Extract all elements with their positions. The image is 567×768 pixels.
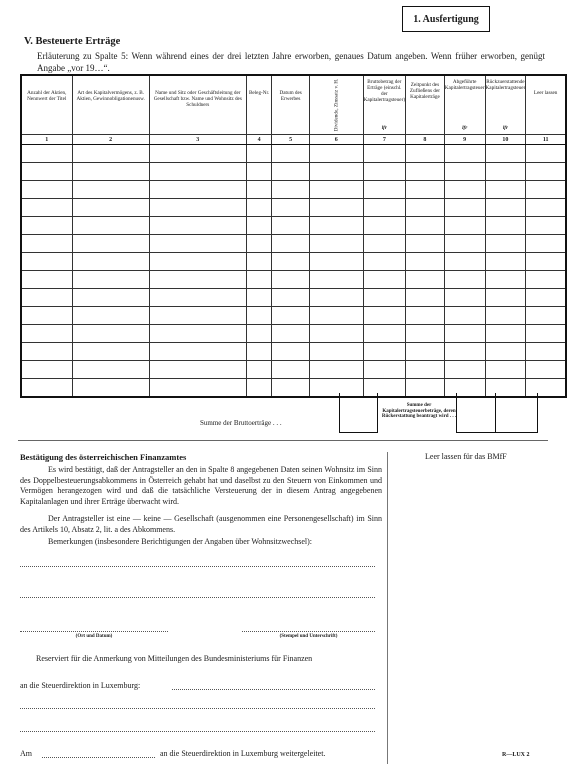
table-cell[interactable] — [309, 325, 363, 343]
sum-gross-field[interactable] — [339, 393, 378, 433]
col-header-3: Name und Sitz oder Geschäftsleitung der … — [149, 75, 246, 135]
table-cell[interactable] — [21, 199, 72, 217]
table-cell[interactable] — [363, 289, 405, 307]
income-table: Anzahl der Aktien, Nennwert der Titel Ar… — [20, 74, 567, 398]
table-row — [21, 307, 566, 325]
table-cell[interactable] — [444, 343, 485, 361]
table-cell[interactable] — [72, 199, 149, 217]
table-cell[interactable] — [72, 379, 149, 398]
table-cell[interactable] — [526, 235, 566, 253]
table-cell[interactable] — [246, 235, 272, 253]
sum-gross-label: Summe der Bruttoerträge . . . — [200, 419, 282, 427]
table-cell[interactable] — [272, 325, 309, 343]
table-cell[interactable] — [309, 289, 363, 307]
sum-tax-field[interactable] — [456, 393, 496, 433]
table-cell[interactable] — [406, 217, 445, 235]
table-cell[interactable] — [526, 253, 566, 271]
table-cell[interactable] — [526, 325, 566, 343]
col-header-2: Art des Kapitalvermögens, z. B. Aktien, … — [72, 75, 149, 135]
table-cell[interactable] — [363, 271, 405, 289]
table-cell[interactable] — [363, 145, 405, 163]
table-cell[interactable] — [444, 217, 485, 235]
table-row — [21, 163, 566, 181]
table-cell[interactable] — [526, 199, 566, 217]
table-cell[interactable] — [72, 181, 149, 199]
stamp-signature-label: (Stempel und Unterschrift) — [242, 634, 375, 639]
table-cell[interactable] — [246, 307, 272, 325]
col-header-6: Dividende, Zinssatz v. H. — [309, 75, 363, 135]
table-cell[interactable] — [21, 307, 72, 325]
table-cell[interactable] — [21, 325, 72, 343]
confirmation-paragraph-1: Es wird bestätigt, daß der Antragsteller… — [20, 465, 382, 507]
table-cell[interactable] — [246, 379, 272, 398]
remarks-label: Bemerkungen (insbesondere Berichtigungen… — [20, 537, 382, 548]
table-cell[interactable] — [485, 199, 526, 217]
table-cell[interactable] — [406, 343, 445, 361]
table-cell[interactable] — [21, 253, 72, 271]
table-cell[interactable] — [526, 307, 566, 325]
table-cell[interactable] — [21, 271, 72, 289]
forwarded-date-line[interactable] — [42, 757, 155, 758]
table-cell[interactable] — [406, 199, 445, 217]
table-cell[interactable] — [272, 307, 309, 325]
table-cell[interactable] — [72, 253, 149, 271]
table-cell[interactable] — [406, 253, 445, 271]
table-cell[interactable] — [485, 163, 526, 181]
table-cell[interactable] — [246, 271, 272, 289]
table-cell[interactable] — [272, 343, 309, 361]
form-code: R—LUX 2 — [502, 752, 530, 758]
table-cell[interactable] — [272, 289, 309, 307]
table-cell[interactable] — [72, 217, 149, 235]
copy-label: 1. Ausfertigung — [413, 14, 479, 25]
table-cell[interactable] — [526, 361, 566, 379]
table-cell[interactable] — [526, 217, 566, 235]
table-cell[interactable] — [72, 145, 149, 163]
table-cell[interactable] — [21, 217, 72, 235]
note-line-2[interactable] — [20, 731, 375, 732]
table-cell[interactable] — [406, 235, 445, 253]
table-cell[interactable] — [272, 181, 309, 199]
forwarded-suffix: an die Steuerdirektion in Luxemburg weit… — [160, 749, 325, 758]
table-cell[interactable] — [406, 271, 445, 289]
table-cell[interactable] — [485, 253, 526, 271]
divider — [18, 440, 548, 441]
table-cell[interactable] — [444, 235, 485, 253]
table-cell[interactable] — [272, 217, 309, 235]
section-title: V. Besteuerte Erträge — [24, 36, 120, 47]
table-cell[interactable] — [246, 289, 272, 307]
table-cell[interactable] — [72, 235, 149, 253]
reserved-label: Reserviert für die Anmerkung von Mitteil… — [36, 654, 312, 663]
bmf-label: Leer lassen für das BMfF — [425, 452, 507, 461]
table-cell[interactable] — [149, 163, 246, 181]
table-cell[interactable] — [21, 289, 72, 307]
table-cell[interactable] — [309, 307, 363, 325]
note-line-1[interactable] — [20, 708, 375, 709]
col-header-1: Anzahl der Aktien, Nennwert der Titel — [21, 75, 72, 135]
table-row — [21, 271, 566, 289]
table-header-row: Anzahl der Aktien, Nennwert der Titel Ar… — [21, 75, 566, 135]
sum-tax-label: Summe der Kapitalertragsteuerbeträge, de… — [381, 403, 457, 420]
table-row — [21, 253, 566, 271]
remarks-line-2[interactable] — [20, 597, 375, 598]
table-cell[interactable] — [272, 163, 309, 181]
table-cell[interactable] — [406, 379, 445, 398]
table-cell[interactable] — [149, 379, 246, 398]
forwarded-prefix: Am — [20, 749, 32, 758]
sum-empty-field[interactable] — [495, 393, 538, 433]
table-cell[interactable] — [21, 235, 72, 253]
table-cell[interactable] — [363, 199, 405, 217]
table-cell[interactable] — [444, 199, 485, 217]
column-number-row: 12 34 56 78 910 11 — [21, 135, 566, 145]
col-header-11: Leer lassen — [526, 75, 566, 135]
table-cell[interactable] — [246, 343, 272, 361]
table-cell[interactable] — [272, 199, 309, 217]
stamp-signature-line[interactable] — [242, 631, 375, 632]
table-cell[interactable] — [444, 361, 485, 379]
table-row — [21, 181, 566, 199]
table-cell[interactable] — [149, 343, 246, 361]
table-cell[interactable] — [444, 163, 485, 181]
table-cell[interactable] — [149, 307, 246, 325]
table-cell[interactable] — [485, 361, 526, 379]
remarks-line-1[interactable] — [20, 566, 375, 567]
table-cell[interactable] — [485, 325, 526, 343]
table-cell[interactable] — [363, 235, 405, 253]
table-cell[interactable] — [309, 253, 363, 271]
table-cell[interactable] — [363, 181, 405, 199]
table-cell[interactable] — [363, 253, 405, 271]
table-cell[interactable] — [444, 325, 485, 343]
table-cell[interactable] — [246, 361, 272, 379]
table-row — [21, 199, 566, 217]
table-cell[interactable] — [72, 361, 149, 379]
table-cell[interactable] — [485, 289, 526, 307]
table-cell[interactable] — [444, 145, 485, 163]
table-cell[interactable] — [485, 271, 526, 289]
table-cell[interactable] — [72, 343, 149, 361]
table-cell[interactable] — [309, 199, 363, 217]
table-cell[interactable] — [363, 307, 405, 325]
col-header-10: Rückzuerstattende Kapitalertragsteuerlfr — [485, 75, 526, 135]
tax-office-label: an die Steuerdirektion in Luxemburg: — [20, 681, 140, 690]
table-cell[interactable] — [246, 145, 272, 163]
table-cell[interactable] — [485, 307, 526, 325]
table-cell[interactable] — [526, 271, 566, 289]
table-cell[interactable] — [149, 271, 246, 289]
table-cell[interactable] — [406, 163, 445, 181]
table-cell[interactable] — [526, 289, 566, 307]
table-cell[interactable] — [21, 379, 72, 398]
place-date-line[interactable] — [20, 631, 168, 632]
table-cell[interactable] — [149, 361, 246, 379]
table-cell[interactable] — [21, 163, 72, 181]
table-cell[interactable] — [309, 217, 363, 235]
table-cell[interactable] — [526, 181, 566, 199]
table-cell[interactable] — [406, 325, 445, 343]
table-cell[interactable] — [485, 235, 526, 253]
table-cell[interactable] — [444, 271, 485, 289]
table-cell[interactable] — [21, 145, 72, 163]
table-cell[interactable] — [309, 181, 363, 199]
table-cell[interactable] — [272, 379, 309, 398]
vertical-divider — [387, 452, 388, 764]
table-cell[interactable] — [246, 217, 272, 235]
table-cell[interactable] — [21, 343, 72, 361]
col-header-4: Beleg-Nr. — [246, 75, 272, 135]
table-cell[interactable] — [526, 343, 566, 361]
table-row — [21, 361, 566, 379]
copy-label-box: 1. Ausfertigung — [402, 6, 490, 32]
table-cell[interactable] — [363, 163, 405, 181]
place-date-label: (Ort und Datum) — [20, 634, 168, 639]
table-cell[interactable] — [272, 253, 309, 271]
table-cell[interactable] — [246, 253, 272, 271]
table-cell[interactable] — [149, 253, 246, 271]
table-row — [21, 325, 566, 343]
table-cell[interactable] — [21, 181, 72, 199]
table-cell[interactable] — [363, 217, 405, 235]
table-cell[interactable] — [272, 271, 309, 289]
table-cell[interactable] — [406, 361, 445, 379]
table-cell[interactable] — [149, 235, 246, 253]
table-cell[interactable] — [485, 217, 526, 235]
table-cell[interactable] — [149, 325, 246, 343]
table-cell[interactable] — [485, 145, 526, 163]
table-cell[interactable] — [309, 271, 363, 289]
table-row — [21, 289, 566, 307]
table-cell[interactable] — [149, 199, 246, 217]
explanation-text: Erläuterung zu Spalte 5: Wenn während ei… — [37, 50, 545, 74]
table-cell[interactable] — [246, 163, 272, 181]
table-cell[interactable] — [309, 145, 363, 163]
table-cell[interactable] — [272, 145, 309, 163]
col-header-5: Datum des Erwerbes — [272, 75, 309, 135]
col-header-8: Zeitpunkt des Zufließens der Kapitalertr… — [406, 75, 445, 135]
table-cell[interactable] — [72, 307, 149, 325]
table-cell[interactable] — [72, 325, 149, 343]
table-cell[interactable] — [309, 343, 363, 361]
table-cell[interactable] — [444, 289, 485, 307]
table-row — [21, 145, 566, 163]
table-cell[interactable] — [363, 325, 405, 343]
table-cell[interactable] — [406, 145, 445, 163]
table-cell[interactable] — [363, 361, 405, 379]
confirmation-paragraph-2: Der Antragsteller ist eine — keine — Ges… — [20, 514, 382, 535]
table-cell[interactable] — [246, 325, 272, 343]
table-cell[interactable] — [309, 163, 363, 181]
table-cell[interactable] — [485, 181, 526, 199]
table-cell[interactable] — [526, 145, 566, 163]
table-cell[interactable] — [72, 271, 149, 289]
table-cell[interactable] — [149, 145, 246, 163]
table-row — [21, 343, 566, 361]
table-cell[interactable] — [406, 289, 445, 307]
table-cell[interactable] — [272, 235, 309, 253]
table-cell[interactable] — [149, 181, 246, 199]
confirmation-title: Bestätigung des österreichischen Finanza… — [20, 452, 186, 462]
table-cell[interactable] — [246, 181, 272, 199]
tax-office-line[interactable] — [172, 689, 375, 690]
table-cell[interactable] — [406, 181, 445, 199]
table-cell[interactable] — [246, 199, 272, 217]
table-cell[interactable] — [444, 307, 485, 325]
table-cell[interactable] — [363, 343, 405, 361]
table-cell[interactable] — [72, 289, 149, 307]
table-cell[interactable] — [406, 307, 445, 325]
table-row — [21, 235, 566, 253]
table-cell[interactable] — [149, 217, 246, 235]
col-header-9: Abgeführte Kapitalertragsteuerlfr — [444, 75, 485, 135]
table-cell[interactable] — [272, 361, 309, 379]
table-row — [21, 217, 566, 235]
table-cell[interactable] — [21, 361, 72, 379]
table-cell[interactable] — [72, 163, 149, 181]
table-cell[interactable] — [149, 289, 246, 307]
table-cell[interactable] — [485, 343, 526, 361]
table-cell[interactable] — [444, 253, 485, 271]
table-cell[interactable] — [526, 163, 566, 181]
col-header-7: Bruttobetrag der Erträge (einschl. der K… — [363, 75, 405, 135]
table-cell[interactable] — [444, 181, 485, 199]
table-cell[interactable] — [309, 361, 363, 379]
table-cell[interactable] — [309, 235, 363, 253]
